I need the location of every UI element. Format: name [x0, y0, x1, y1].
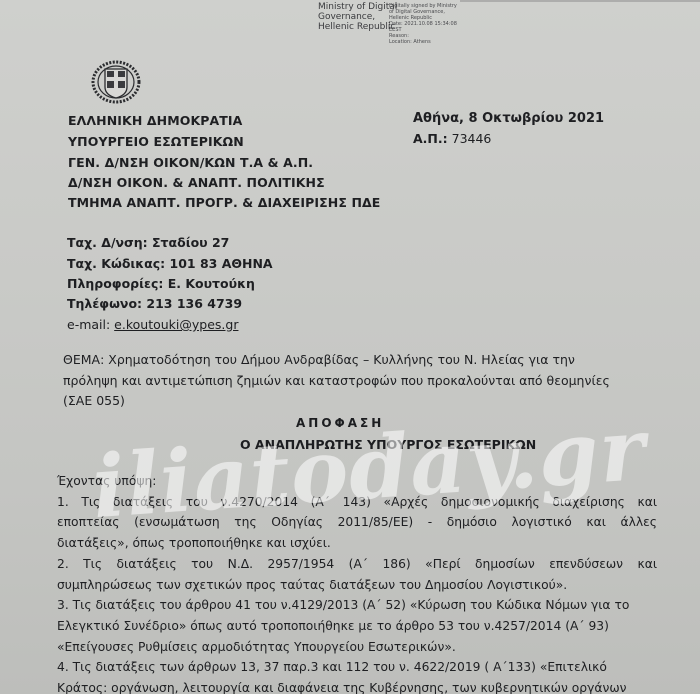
protocol-value: 73446 — [452, 131, 492, 146]
subject-line: ΘΕΜΑ: Χρηματοδότηση του Δήμου Ανδραβίδας… — [63, 350, 610, 371]
body-line: 3. Τις διατάξεις του άρθρου 41 του ν.412… — [57, 595, 657, 616]
contact-address: Ταχ. Δ/νση: Σταδίου 27 — [67, 235, 229, 250]
email-label: e-mail: — [67, 317, 114, 332]
body-line: διατάξεις», όπως τροποποιήθηκε και ισχύε… — [57, 533, 657, 554]
body-line: εποπτείας (ενσωμάτωση της Οδηγίας 2011/8… — [57, 512, 657, 533]
body-line: Κράτος: οργάνωση, λειτουργία και διαφάνε… — [57, 678, 657, 694]
protocol-label: Α.Π.: — [413, 131, 448, 146]
decision-title: ΑΠΟΦΑΣΗ — [296, 416, 384, 430]
document-date: Αθήνα, 8 Οκτωβρίου 2021 — [413, 111, 604, 126]
body-line: 4. Τις διατάξεις των άρθρων 13, 37 παρ.3… — [57, 657, 657, 678]
scanned-document-page: Ministry of Digital Governance, Hellenic… — [0, 0, 700, 694]
header-ministry: ΥΠΟΥΡΓΕΙΟ ΕΣΩΤΕΡΙΚΩΝ — [68, 134, 244, 149]
signature-details: Digitally signed by Ministry of Digital … — [389, 3, 457, 45]
body-intro: Έχοντας υπόψη: — [57, 471, 657, 492]
body-line: Ελεγκτικό Συνέδριο» όπως αυτό τροποποιήθ… — [57, 616, 657, 637]
signature-organization: Ministry of Digital Governance, Hellenic… — [318, 2, 397, 32]
subject-block: ΘΕΜΑ: Χρηματοδότηση του Δήμου Ανδραβίδας… — [63, 350, 610, 412]
scan-edge-marks — [460, 0, 700, 2]
greek-coat-of-arms-icon — [91, 60, 141, 104]
header-directorate: Δ/ΝΣΗ ΟΙΚΟΝ. & ΑΝΑΠΤ. ΠΟΛΙΤΙΚΗΣ — [68, 175, 325, 190]
body-line: 1. Τις διατάξεις του ν.4270/2014 (Α΄ 143… — [57, 492, 657, 513]
contact-email-row: e-mail: e.koutouki@ypes.gr — [67, 317, 238, 332]
subject-line: πρόληψη και αντιμετώπιση ζημιών και κατα… — [63, 371, 610, 392]
protocol-number: Α.Π.: 73446 — [413, 131, 491, 146]
document-body: Έχοντας υπόψη: 1. Τις διατάξεις του ν.42… — [57, 471, 657, 694]
body-line: συμπληρώσεως των σχετικών προς ταύτας δι… — [57, 575, 657, 596]
body-line: «Επείγουσες Ρυθμίσεις αρμοδιότητας Υπουρ… — [57, 637, 657, 658]
contact-info-person: Πληροφορίες: Ε. Κουτούκη — [67, 276, 255, 291]
body-line: 2. Τις διατάξεις του Ν.Δ. 2957/1954 (Α΄ … — [57, 554, 657, 575]
header-department: ΤΜΗΜΑ ΑΝΑΠΤ. ΠΡΟΓΡ. & ΔΙΑΧΕΙΡΙΣΗΣ ΠΔΕ — [68, 195, 380, 210]
decision-authority: Ο ΑΝΑΠΛΗΡΩΤΗΣ ΥΠΟΥΡΓΟΣ ΕΣΩΤΕΡΙΚΩΝ — [240, 437, 536, 452]
header-general-directorate: ΓΕΝ. Δ/ΝΣΗ ΟΙΚΟΝ/ΚΩΝ Τ.Α & Α.Π. — [68, 155, 313, 170]
header-country: ΕΛΛΗΝΙΚΗ ΔΗΜΟΚΡΑΤΙΑ — [68, 113, 242, 128]
contact-phone: Τηλέφωνο: 213 136 4739 — [67, 296, 242, 311]
email-link[interactable]: e.koutouki@ypes.gr — [114, 317, 238, 332]
contact-postal-code: Ταχ. Κώδικας: 101 83 ΑΘΗΝΑ — [67, 256, 273, 271]
subject-line: (ΣΑΕ 055) — [63, 391, 610, 412]
